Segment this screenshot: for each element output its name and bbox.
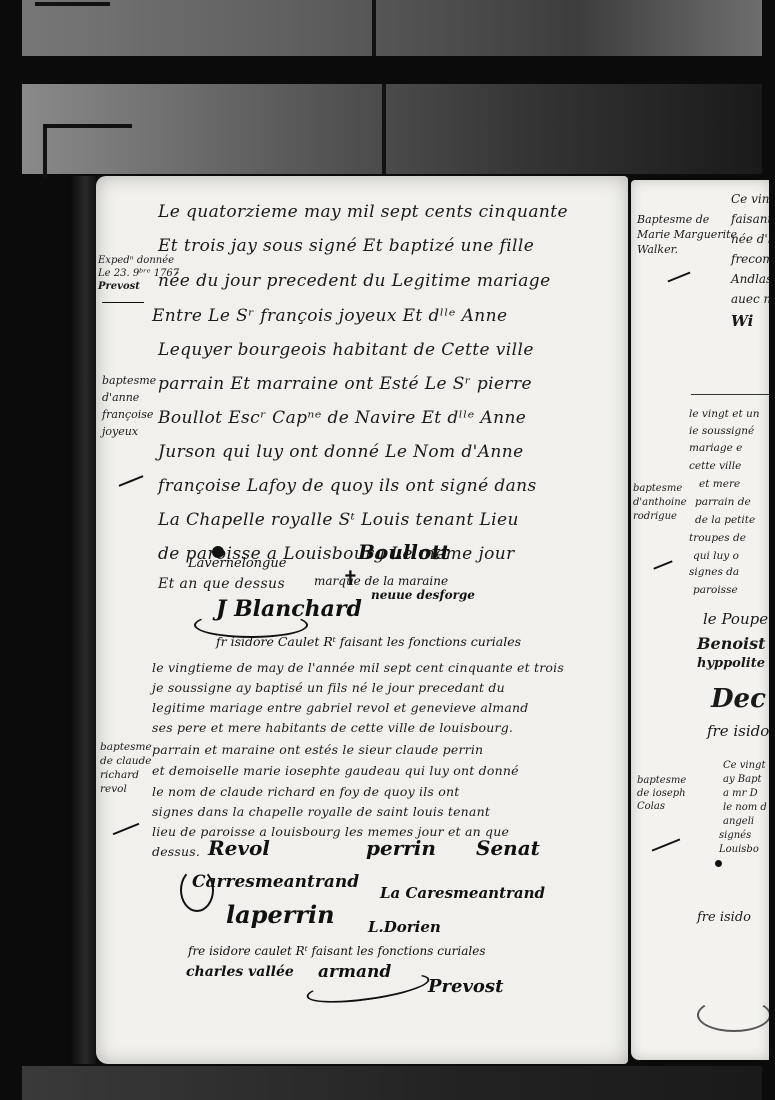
signature-witness: Prevost	[428, 976, 503, 997]
signature-godfather: perrin	[366, 836, 436, 860]
entry-line: née d'h	[731, 232, 769, 246]
book-spine-edge	[70, 176, 96, 1064]
entry-line: troupes de	[689, 532, 746, 544]
margin-text: françoise	[102, 406, 156, 423]
entry-line: le vingt et un	[689, 408, 760, 420]
entry-line: parrain Et marraine ont Esté Le Sʳ pierr…	[158, 374, 532, 394]
underline-rule	[102, 302, 144, 303]
entry-line: Ce vingt	[723, 760, 765, 771]
margin-text: Colas	[637, 800, 686, 813]
margin-note-right-2: baptesme d'anthoine rodrigue	[633, 482, 687, 524]
signature-officiant: fr isidore Caulet Rᵗ faisant les fonctio…	[216, 634, 521, 649]
signature: fre isido	[707, 722, 769, 740]
margin-note-entry1-title: baptesme d'anne françoise joyeux	[102, 372, 156, 440]
entry-line: parrain de	[695, 496, 751, 508]
entry-line: le nom d	[723, 802, 767, 813]
signature-witness: Senat	[476, 836, 540, 860]
entry-line: Wi	[731, 312, 753, 330]
entry-line: signes dans la chapelle royalle de saint…	[152, 804, 490, 819]
cross-mark: ✝	[342, 566, 359, 590]
entry-line: dessus.	[152, 844, 200, 859]
margin-dash	[667, 272, 690, 283]
strip-divider	[372, 0, 376, 56]
entry-line: auec no	[731, 292, 769, 306]
entry-line: signes da	[689, 566, 739, 578]
register-page-main: Expedⁿ donnée Le 23. 9ᵇʳᵉ 1767 Prevost b…	[96, 176, 628, 1064]
signature-witness: L.Dorien	[368, 918, 441, 936]
entry-line: je soussigne ay baptisé un fils né le jo…	[152, 680, 505, 695]
entry-line: ay Bapt	[723, 774, 762, 785]
entry-line: Louisbo	[719, 844, 759, 855]
entry-line: le nom de claude richard en foy de quoy …	[152, 784, 459, 799]
entry-line: La Chapelle royalle Sᵗ Louis tenant Lieu	[158, 510, 519, 530]
margin-text: richard	[100, 768, 152, 782]
margin-text: baptesme	[633, 482, 687, 496]
signature-officiant: fre isido	[697, 910, 751, 925]
entry-line: Entre Le Sʳ françois joyeux Et dˡˡᵉ Anne	[152, 306, 507, 326]
entry-line: signés	[719, 830, 751, 841]
entry-line: frecom	[731, 252, 769, 266]
margin-text: revol	[100, 782, 152, 796]
entry-line: ie soussigné	[689, 425, 754, 437]
margin-text: joyeux	[102, 423, 156, 440]
margin-text: baptesme	[637, 774, 686, 787]
signature-godmother: laperrin	[226, 900, 335, 929]
margin-dash	[119, 475, 144, 487]
margin-dash	[113, 823, 140, 835]
signature-flourish	[697, 998, 769, 1032]
film-strip-middle	[22, 84, 762, 174]
signature-witness: La Caresmeantrand	[380, 884, 545, 902]
entry-line: et demoiselle marie iosephte gaudeau qui…	[152, 763, 519, 778]
film-strip-bottom	[22, 1066, 762, 1100]
entry-line: cette ville	[689, 460, 741, 472]
entry-line: Andlas	[731, 272, 769, 286]
signature-witness: Carresmeantrand	[192, 872, 359, 892]
entry-line: Lequyer bourgeois habitant de Cette vill…	[158, 340, 534, 360]
entry-line: Jurson qui luy ont donné Le Nom d'Anne	[158, 442, 524, 462]
entry-line: ses pere et mere habitants de cette vill…	[152, 720, 513, 735]
entry-line: faisant	[731, 212, 769, 226]
signature-flourish	[180, 868, 214, 912]
margin-text: de ioseph	[637, 787, 686, 800]
margin-text: Walker.	[637, 242, 737, 257]
entry-line: a mr D	[723, 788, 758, 799]
signature: le Poupet	[703, 610, 769, 628]
margin-dash	[653, 560, 672, 569]
godmother-mark-label: marque de la maraine	[314, 574, 448, 588]
signature: Dec	[711, 684, 766, 714]
separator-rule	[691, 394, 769, 395]
signature-witness: Lavernelongue	[188, 556, 286, 571]
signature: hyppolite saco	[697, 656, 769, 671]
signature-godmother: neuue desforge	[371, 588, 475, 602]
entry-line: parrain et maraine ont estés le sieur cl…	[152, 742, 483, 757]
entry-line: Et an que dessus	[158, 576, 285, 592]
entry-line: paroisse	[693, 584, 738, 596]
margin-text: d'anthoine	[633, 496, 687, 510]
entry-line: Le quatorzieme may mil sept cents cinqua…	[158, 202, 568, 222]
signature-witness: charles vallée	[186, 964, 294, 980]
entry-line: et mere	[699, 478, 740, 490]
margin-dash	[652, 838, 681, 851]
film-strip-top	[22, 0, 762, 56]
entry-line: Boullot Escʳ Capⁿᵉ de Navire Et dˡˡᵉ Ann…	[158, 408, 526, 428]
entry-line: legitime mariage entre gabriel revol et …	[152, 700, 528, 715]
ink-blot	[715, 860, 722, 867]
signature-officiant: fre isidore caulet Rᵗ faisant les foncti…	[188, 944, 485, 958]
signature-father: Revol	[208, 836, 270, 860]
margin-text: Marie Marguerite	[637, 227, 737, 242]
margin-note-entry2-title: baptesme de claude richard revol	[100, 740, 152, 796]
margin-note-right-1: Baptesme de Marie Marguerite Walker.	[637, 212, 737, 257]
entry-line: Ce ving	[731, 192, 769, 206]
margin-text: rodrigue	[633, 510, 687, 524]
margin-text: Baptesme de	[637, 212, 737, 227]
entry-line: Et trois jay sous signé Et baptizé une f…	[158, 236, 534, 256]
signature: Benoist	[697, 634, 765, 653]
entry-line: françoise Lafoy de quoy ils ont signé da…	[158, 476, 537, 496]
entry-line: lieu de paroisse a louisbourg les memes …	[152, 824, 509, 839]
bracket-mark	[35, 2, 110, 16]
bracket-mark	[43, 124, 132, 178]
entry-line: qui luy o	[693, 550, 739, 562]
entry-line: de la petite	[695, 514, 755, 526]
entry-line: angeli	[723, 816, 754, 827]
register-page-right-fragment: Baptesme de Marie Marguerite Walker. Ce …	[631, 180, 769, 1060]
strip-divider	[382, 84, 386, 174]
margin-text: baptesme	[102, 372, 156, 389]
entry-line: née du jour precedent du Legitime mariag…	[158, 271, 551, 291]
signature-godfather: Boullott	[358, 540, 450, 564]
margin-text: de claude	[100, 754, 152, 768]
entry-line: le vingtieme de may de l'année mil sept …	[152, 660, 564, 675]
margin-text: baptesme	[100, 740, 152, 754]
margin-text: d'anne	[102, 389, 156, 406]
entry-line: mariage e	[689, 442, 742, 454]
margin-note-right-3: baptesme de ioseph Colas	[637, 774, 686, 813]
